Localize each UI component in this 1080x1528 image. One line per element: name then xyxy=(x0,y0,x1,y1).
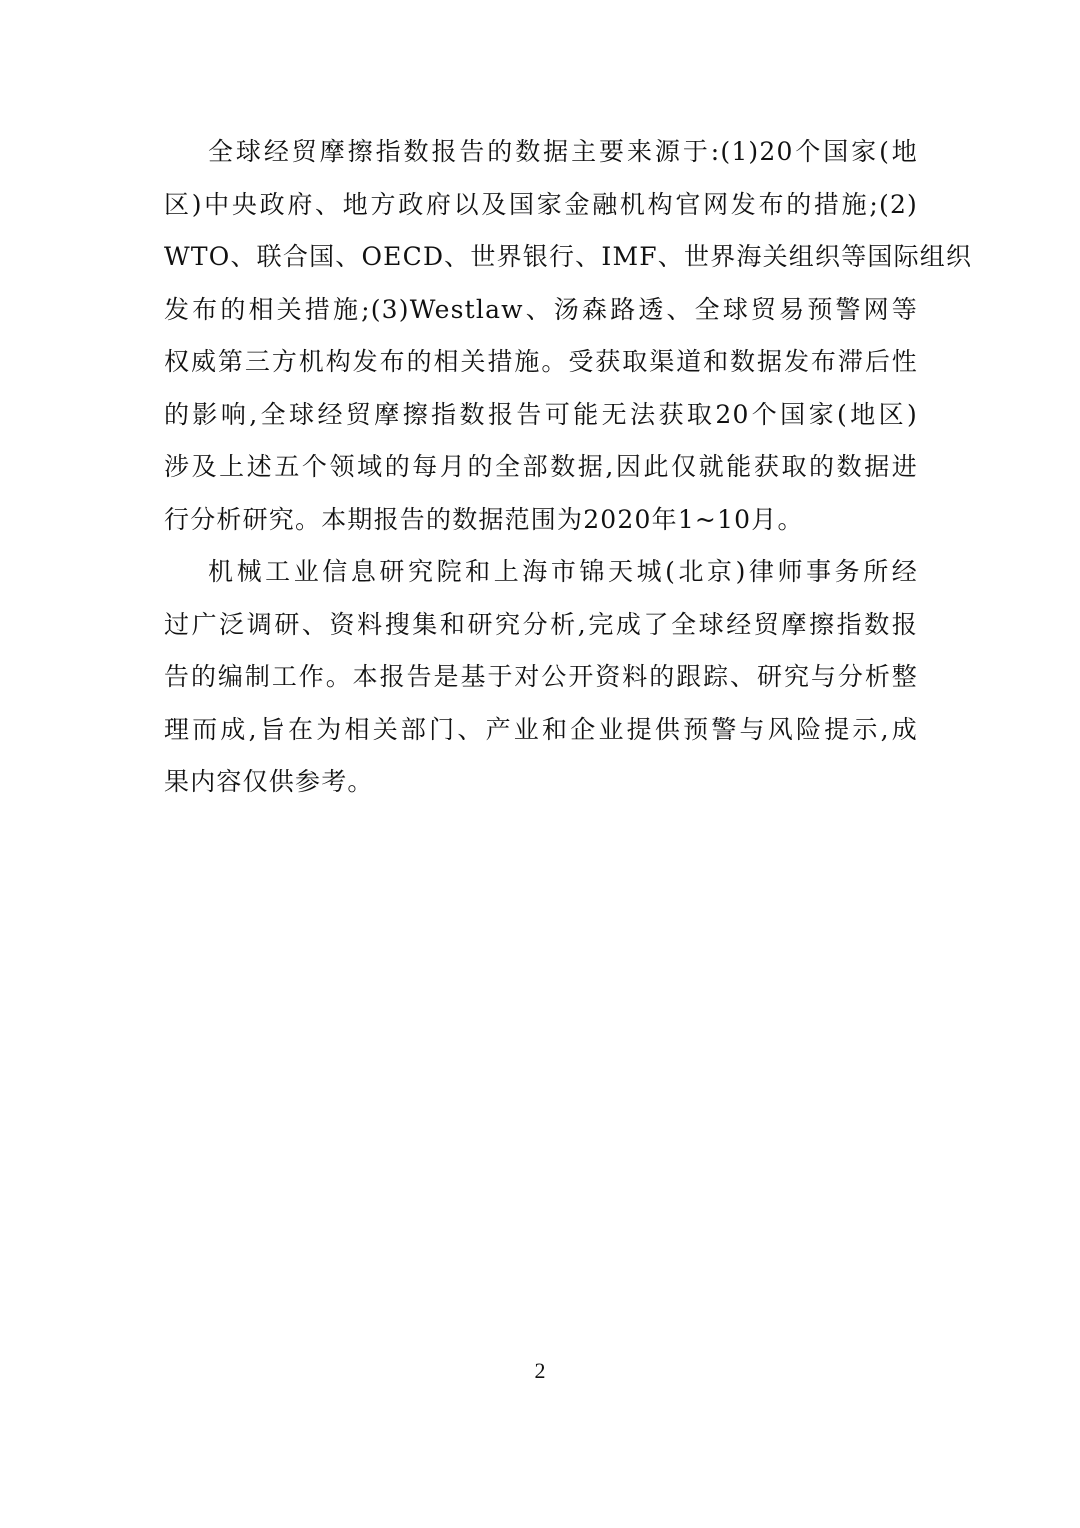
text-line: 告的编制工作。本报告是基于对公开资料的跟踪、研究与分析整 xyxy=(164,651,918,704)
body-text: 全球经贸摩擦指数报告的数据主要来源于:(1)20个国家(地 区)中央政府、地方政… xyxy=(164,126,918,809)
text-line: 发布的相关措施;(3)Westlaw、汤森路透、全球贸易预警网等 xyxy=(164,284,918,337)
text-line: 行分析研究。本期报告的数据范围为2020年1~10月。 xyxy=(164,494,918,547)
text-line: 过广泛调研、资料搜集和研究分析,完成了全球经贸摩擦指数报 xyxy=(164,599,918,652)
text-line: 理而成,旨在为相关部门、产业和企业提供预警与风险提示,成 xyxy=(164,704,918,757)
paragraph-authors: 机械工业信息研究院和上海市锦天城(北京)律师事务所经 过广泛调研、资料搜集和研究… xyxy=(164,546,918,809)
paragraph-data-sources: 全球经贸摩擦指数报告的数据主要来源于:(1)20个国家(地 区)中央政府、地方政… xyxy=(164,126,918,546)
text-line: 全球经贸摩擦指数报告的数据主要来源于:(1)20个国家(地 xyxy=(164,126,918,179)
text-line: 涉及上述五个领域的每月的全部数据,因此仅就能获取的数据进 xyxy=(164,441,918,494)
text-line: 的影响,全球经贸摩擦指数报告可能无法获取20个国家(地区) xyxy=(164,389,918,442)
text-line: 权威第三方机构发布的相关措施。受获取渠道和数据发布滞后性 xyxy=(164,336,918,389)
text-line: WTO、联合国、OECD、世界银行、IMF、世界海关组织等国际组织 xyxy=(164,231,918,284)
text-line: 区)中央政府、地方政府以及国家金融机构官网发布的措施;(2) xyxy=(164,179,918,232)
text-line: 果内容仅供参考。 xyxy=(164,756,918,809)
page-number: 2 xyxy=(0,1358,1080,1384)
text-line: 机械工业信息研究院和上海市锦天城(北京)律师事务所经 xyxy=(164,546,918,599)
document-page: 全球经贸摩擦指数报告的数据主要来源于:(1)20个国家(地 区)中央政府、地方政… xyxy=(0,0,1080,1528)
